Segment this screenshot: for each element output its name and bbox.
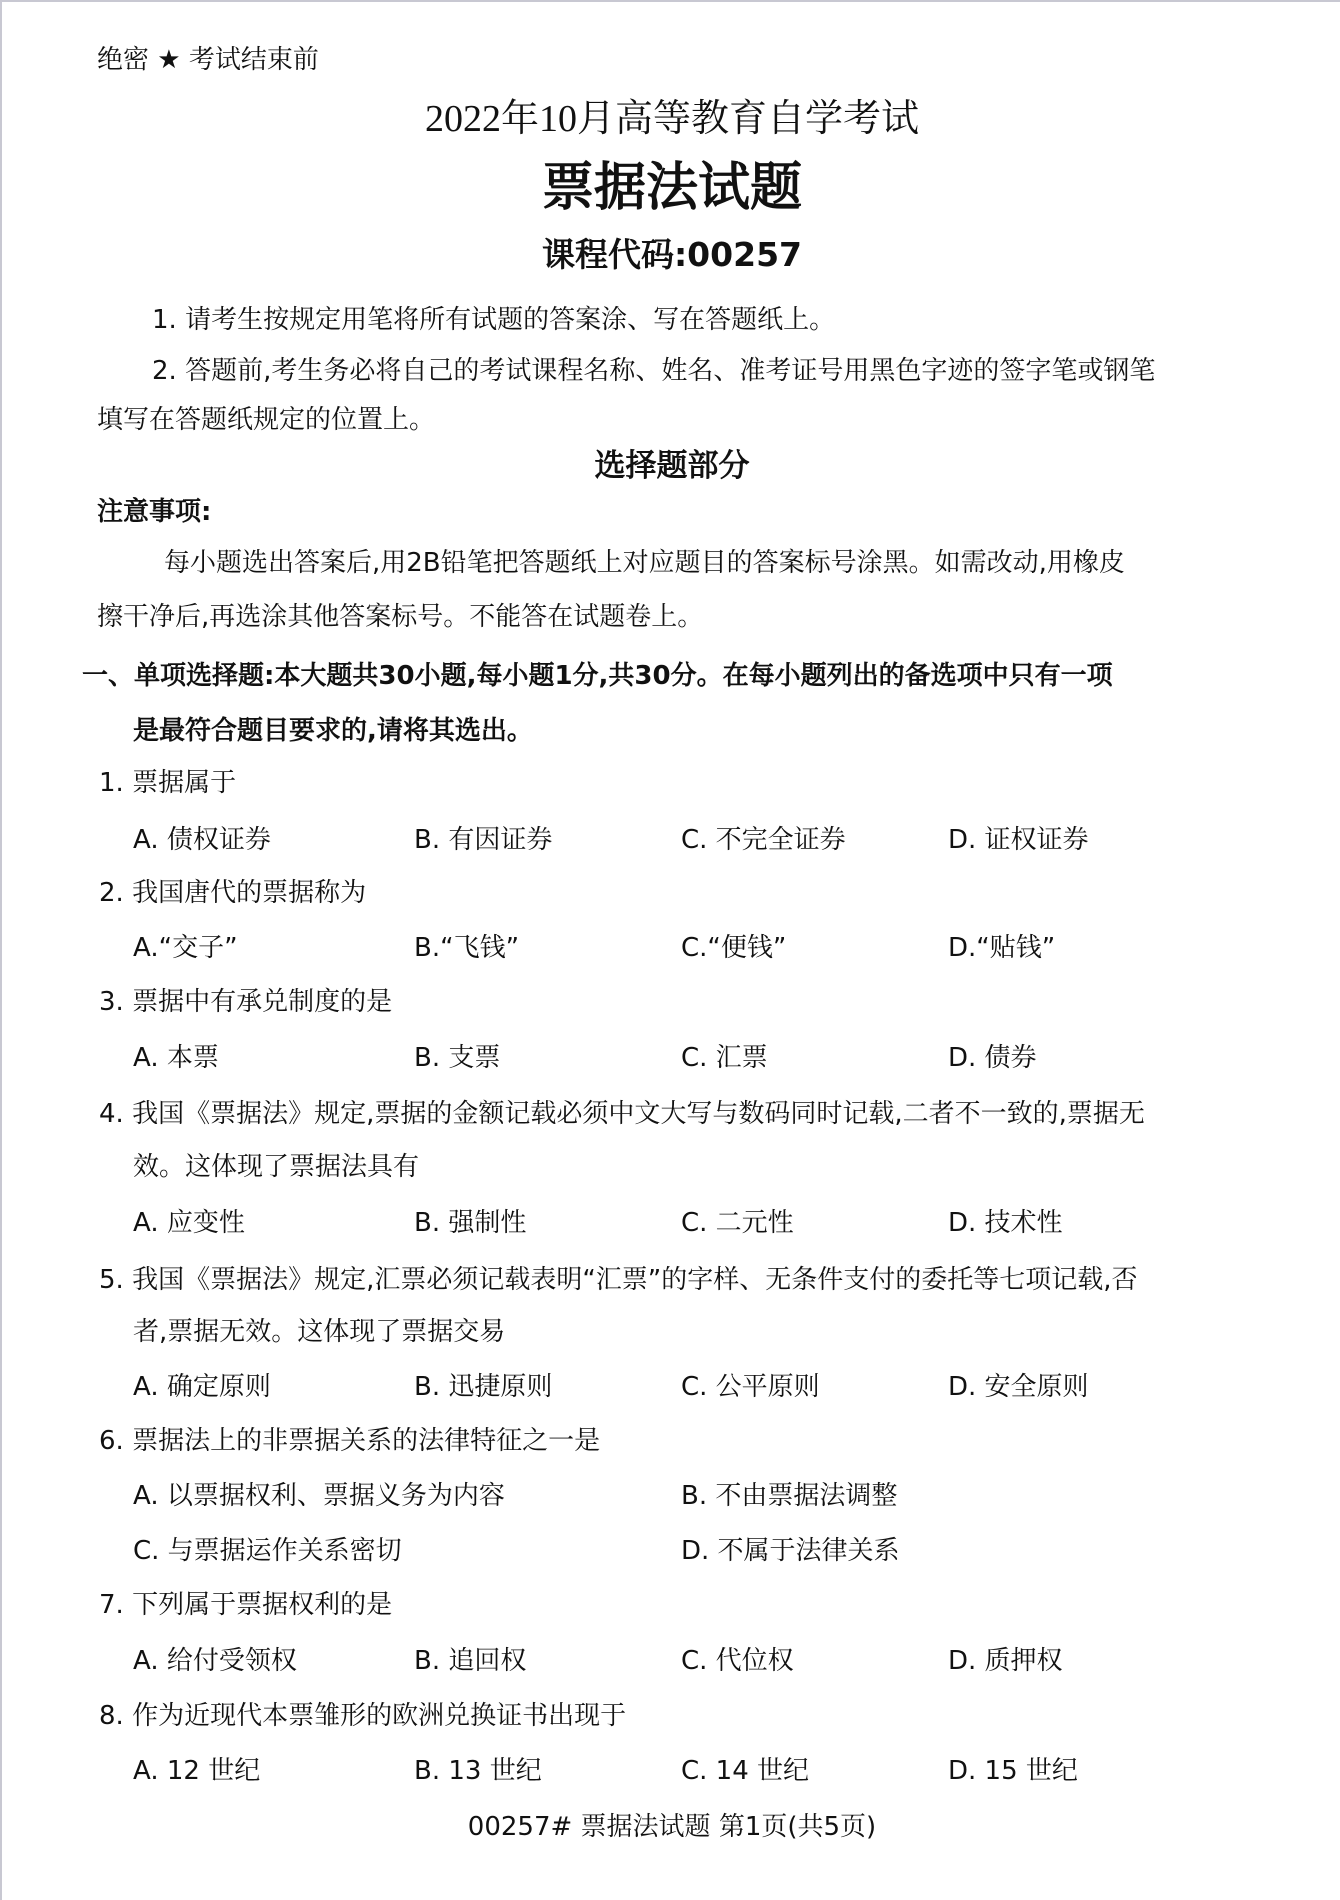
q4-option-a: A. 应变性	[133, 1210, 245, 1236]
confidential-label: 绝密 ★ 考试结束前	[97, 47, 319, 73]
question-1-stem: 1. 票据属于	[99, 770, 236, 796]
instruction-2: 2. 答题前,考生务必将自己的考试课程名称、姓名、准考证号用黑色字迹的签字笔或钢…	[152, 358, 1155, 384]
section-header-2: 是最符合题目要求的,请将其选出。	[133, 718, 533, 744]
q1-option-b: B. 有因证券	[414, 827, 552, 853]
question-4-stem: 4. 我国《票据法》规定,票据的金额记载必须中文大写与数码同时记载,二者不一致的…	[99, 1101, 1145, 1127]
q7-option-a: A. 给付受领权	[133, 1648, 297, 1674]
q7-option-d: D. 质押权	[948, 1648, 1063, 1674]
q4-option-c: C. 二元性	[681, 1210, 794, 1236]
q7-option-b: B. 追回权	[414, 1648, 526, 1674]
question-8-stem: 8. 作为近现代本票雏形的欧洲兑换证书出现于	[99, 1703, 626, 1729]
subject-title: 票据法试题	[2, 162, 1340, 214]
q8-option-b: B. 13 世纪	[414, 1758, 542, 1784]
q8-option-a: A. 12 世纪	[133, 1758, 260, 1784]
question-7-stem: 7. 下列属于票据权利的是	[99, 1592, 392, 1618]
q1-option-a: A. 债权证券	[133, 827, 271, 853]
q6-option-c: C. 与票据运作关系密切	[133, 1538, 402, 1564]
q1-option-d: D. 证权证券	[948, 827, 1089, 853]
q6-option-b: B. 不由票据法调整	[681, 1483, 897, 1509]
q6-option-a: A. 以票据权利、票据义务为内容	[133, 1483, 505, 1509]
q5-option-a: A. 确定原则	[133, 1374, 271, 1400]
q6-option-d: D. 不属于法律关系	[681, 1538, 900, 1564]
q4-option-b: B. 强制性	[414, 1210, 526, 1236]
question-2-stem: 2. 我国唐代的票据称为	[99, 880, 366, 906]
q1-option-c: C. 不完全证券	[681, 827, 846, 853]
section-header-1: 一、单项选择题:本大题共30小题,每小题1分,共30分。在每小题列出的备选项中只…	[82, 663, 1113, 689]
question-5-stem: 5. 我国《票据法》规定,汇票必须记载表明“汇票”的字样、无条件支付的委托等七项…	[99, 1267, 1138, 1293]
q8-option-d: D. 15 世纪	[948, 1758, 1078, 1784]
part-title: 选择题部分	[2, 451, 1340, 482]
q2-option-a: A.“交子”	[133, 935, 238, 961]
q7-option-c: C. 代位权	[681, 1648, 794, 1674]
exam-title: 2022年10月高等教育自学考试	[2, 100, 1340, 138]
q5-option-b: B. 迅捷原则	[414, 1374, 552, 1400]
instruction-1: 1. 请考生按规定用笔将所有试题的答案涂、写在答题纸上。	[152, 307, 835, 333]
q2-option-d: D.“贴钱”	[948, 935, 1055, 961]
q2-option-c: C.“便钱”	[681, 935, 786, 961]
q8-option-c: C. 14 世纪	[681, 1758, 809, 1784]
notice-line-2: 擦干净后,再选涂其他答案标号。不能答在试题卷上。	[97, 604, 703, 630]
q3-option-c: C. 汇票	[681, 1045, 768, 1071]
question-3-stem: 3. 票据中有承兑制度的是	[99, 989, 392, 1015]
instruction-2-cont: 填写在答题纸规定的位置上。	[97, 407, 435, 433]
q2-option-b: B.“飞钱”	[414, 935, 519, 961]
notice-line-1: 每小题选出答案后,用2B铅笔把答题纸上对应题目的答案标号涂黑。如需改动,用橡皮	[164, 550, 1125, 576]
question-6-stem: 6. 票据法上的非票据关系的法律特征之一是	[99, 1428, 600, 1454]
q3-option-a: A. 本票	[133, 1045, 219, 1071]
question-4-stem-cont: 效。这体现了票据法具有	[133, 1154, 419, 1180]
q5-option-d: D. 安全原则	[948, 1374, 1089, 1400]
q5-option-c: C. 公平原则	[681, 1374, 820, 1400]
q3-option-b: B. 支票	[414, 1045, 500, 1071]
page-footer: 00257# 票据法试题 第1页(共5页)	[2, 1814, 1340, 1840]
course-code: 课程代码:00257	[2, 238, 1340, 271]
question-5-stem-cont: 者,票据无效。这体现了票据交易	[133, 1319, 505, 1345]
notice-label: 注意事项:	[97, 499, 211, 525]
q4-option-d: D. 技术性	[948, 1210, 1063, 1236]
q3-option-d: D. 债券	[948, 1045, 1037, 1071]
